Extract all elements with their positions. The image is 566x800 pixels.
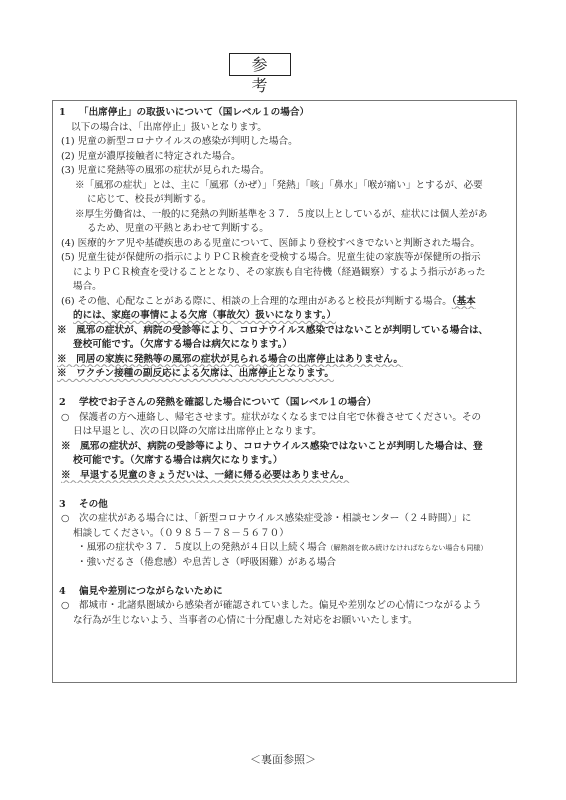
section-2-para: ○ 保護者の方へ連絡し、帰宅させます。症状がなくなるまでは自宅で休養させてくださ… — [57, 411, 513, 426]
item-6-bold-text: （基本 — [452, 296, 476, 307]
section-2-notice-2: ※ 早退する児童のきょうだいは、一緒に帰る必要はありません。 — [57, 469, 513, 484]
section-1-notice-1-cont: 登校可能です。（欠席する場合は病欠になります。） — [57, 338, 513, 353]
spacer — [57, 382, 513, 397]
section-title: 「出席停止」の取扱いについて（国レベル１の場合） — [79, 107, 309, 118]
section-1-item-2: (2) 児童が濃厚接触者に特定された場合。 — [57, 150, 513, 165]
notice-3-text: ※ ワクチン接種の副反応による欠席は、出席停止となります。 — [57, 368, 334, 379]
section-title: その他 — [79, 499, 108, 510]
section-1-note-1: ※「風邪の症状」とは、主に「風邪（かぜ）」「発熱」「咳」「鼻水」「喉が痛い」とす… — [57, 179, 513, 194]
notice-2-text: ※ 早退する児童のきょうだいは、一緒に帰る必要はありません。 — [61, 470, 349, 481]
see-reverse-note: ＜裏面参照＞ — [0, 751, 566, 767]
section-1-note-2-cont: るため、児童の平熱とあわせて判断する。 — [57, 222, 513, 237]
section-3-bullet-1: ・風邪の症状や３７．５度以上の発熱が４日以上続く場合（解熱剤を飲み続けなければな… — [57, 541, 513, 556]
section-1-item-5-cont2: 場合。 — [57, 280, 513, 295]
section-1-item-3: (3) 児童に発熱等の風邪の症状が見られた場合。 — [57, 164, 513, 179]
section-2-heading: 2学校でお子さんの発熱を確認した場合について（国レベル１の場合） — [57, 396, 513, 411]
section-1-intro: 以下の場合は、「出席停止」扱いとなります。 — [57, 121, 513, 136]
section-1-item-1: (1) 児童の新型コロナウイルスの感染が判明した場合。 — [57, 135, 513, 150]
section-1-notice-3: ※ ワクチン接種の副反応による欠席は、出席停止となります。 — [57, 367, 513, 382]
section-1-item-5: (5) 児童生徒が保健所の指示によりＰＣＲ検査を受検する場合。児童生徒の家族等が… — [57, 251, 513, 266]
section-2-notice-1: ※ 風邪の症状が、病院の受診等により、コロナウイルス感染ではないことが判明した場… — [57, 440, 513, 455]
item-6-text: (6) その他、心配なことがある際に、相談の上合理的な理由があると校長が判断する… — [61, 296, 452, 307]
bullet-note: （解熱剤を飲み続けなければならない場合も同様） — [326, 544, 487, 552]
section-1-item-4: (4) 医療的ケア児や基礎疾患のある児童について、医師より登校すべきでないと判断… — [57, 237, 513, 252]
section-4-para: ○ 都城市・北諸県圏域から感染者が確認されていました。偏見や差別などの心情につな… — [57, 599, 513, 614]
section-3-para: ○ 次の症状がある場合には、「新型コロナウイルス感染症受診・相談センター（２４時… — [57, 512, 513, 527]
section-1-heading: 1「出席停止」の取扱いについて（国レベル１の場合） — [57, 106, 513, 121]
section-title: 学校でお子さんの発熱を確認した場合について（国レベル１の場合） — [79, 397, 376, 408]
section-1-note-1-cont: に応じて、校長が判断する。 — [57, 193, 513, 208]
section-1-notice-1: ※ 風邪の症状が、病院の受診等により、コロナウイルス感染ではないことが判明してい… — [57, 324, 513, 339]
section-2-notice-1-cont: 校可能です。（欠席する場合は病欠になります。） — [57, 454, 513, 469]
bullet-text: ・風邪の症状や３７．５度以上の発熱が４日以上続く場合 — [77, 542, 326, 553]
section-4-para-cont: な行為が生じないよう、当事者の心情に十分配慮した対応をお願いいたします。 — [57, 614, 513, 629]
section-1-item-5-cont: によりＰＣＲ検査を受けることとなり、その家族も自宅待機（経過観察）するよう指示が… — [57, 266, 513, 281]
section-1-item-6-cont: 的には、家庭の事情による欠席（事故欠）扱いになります。） — [57, 309, 513, 324]
section-1-note-2: ※厚生労働省は、一般的に発熱の判断基準を３７．５度以上としているが、症状には個人… — [57, 208, 513, 223]
section-1-notice-2: ※ 同居の家族に発熱等の風邪の症状が見られる場合の出席停止はありません。 — [57, 353, 513, 368]
section-title: 偏見や差別につながらないために — [79, 586, 223, 597]
item-6-bold-cont: 的には、家庭の事情による欠席（事故欠）扱いになります。） — [73, 310, 336, 321]
section-3-heading: 3その他 — [57, 498, 513, 513]
notice-2-text: ※ 同居の家族に発熱等の風邪の症状が見られる場合の出席停止はありません。 — [57, 354, 403, 365]
section-3-bullet-2: ・強いだるさ（倦怠感）や息苦しさ（呼吸困難）がある場合 — [57, 556, 513, 571]
document-title: 参 考 — [229, 53, 291, 76]
section-number: 2 — [57, 396, 79, 411]
spacer — [57, 570, 513, 585]
section-3-para-cont: 相談してください。（０９８５－７８－５６７０） — [57, 527, 513, 542]
spacer — [57, 483, 513, 498]
section-number: 3 — [57, 498, 79, 513]
section-number: 1 — [57, 106, 79, 121]
section-number: 4 — [57, 585, 79, 600]
document-body: 1「出席停止」の取扱いについて（国レベル１の場合） 以下の場合は、「出席停止」扱… — [57, 106, 513, 628]
section-2-para-cont: 日は早退とし、次の日以降の欠席は出席停止となります。 — [57, 425, 513, 440]
section-4-heading: 4偏見や差別につながらないために — [57, 585, 513, 600]
section-1-item-6: (6) その他、心配なことがある際に、相談の上合理的な理由があると校長が判断する… — [57, 295, 513, 310]
